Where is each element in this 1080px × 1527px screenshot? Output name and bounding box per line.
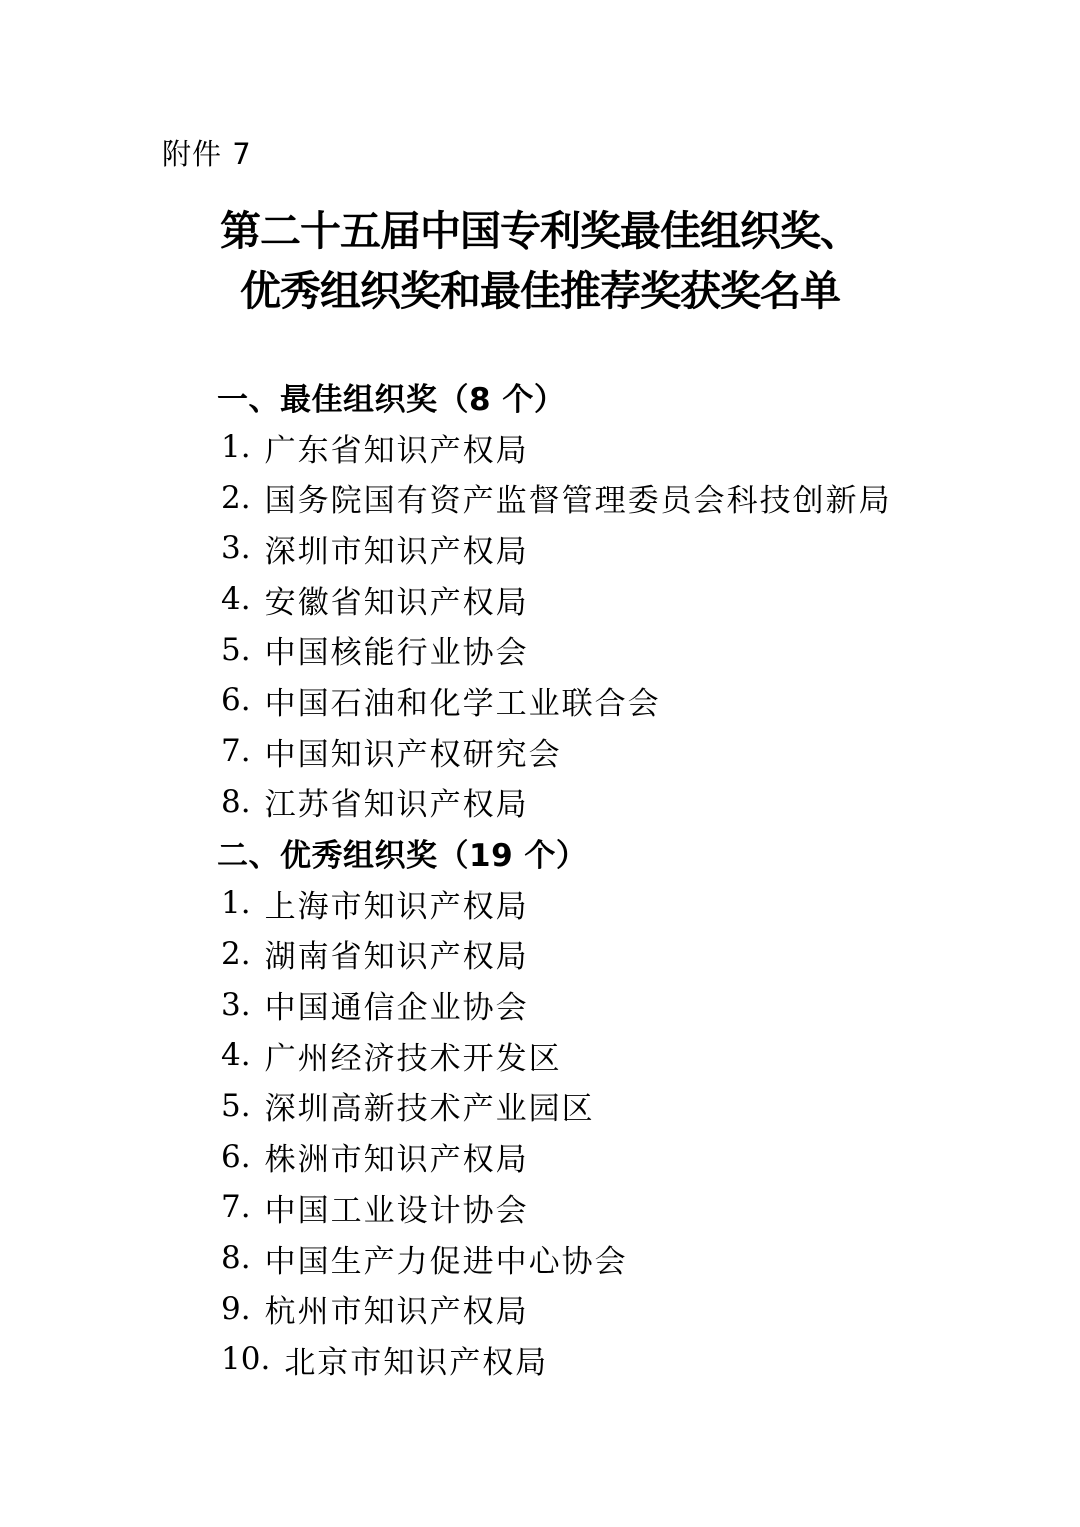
list-item-text: 中国核能行业协会: [265, 627, 529, 672]
list-item-text: 深圳高新技术产业园区: [265, 1083, 595, 1128]
list-item-number: 3.: [221, 987, 251, 1023]
list-item: 1. 广东省知识产权局: [217, 422, 937, 473]
list-item-text: 杭州市知识产权局: [265, 1286, 529, 1331]
section-heading-best-organization: 一、最佳组织奖（8 个）: [217, 371, 937, 422]
list-item-text: 湖南省知识产权局: [265, 931, 529, 976]
list-item: 9. 杭州市知识产权局: [217, 1283, 937, 1334]
list-item-number: 8.: [221, 784, 251, 820]
list-item-text: 中国知识产权研究会: [265, 729, 562, 774]
list-item-text: 国务院国有资产监督管理委员会科技创新局: [265, 475, 892, 520]
document-title-line-1: 第二十五届中国专利奖最佳组织奖、: [0, 201, 1080, 261]
list-item-text: 深圳市知识产权局: [265, 526, 529, 571]
list-item-number: 10.: [221, 1341, 270, 1377]
list-item-text: 上海市知识产权局: [265, 881, 529, 926]
list-item-number: 4.: [221, 581, 251, 617]
list-item: 2. 湖南省知识产权局: [217, 929, 937, 980]
list-item-number: 6.: [221, 1139, 251, 1175]
list-item: 7. 中国知识产权研究会: [217, 726, 937, 777]
section-heading-excellent-organization: 二、优秀组织奖（19 个）: [217, 827, 937, 878]
list-item-number: 1.: [221, 429, 251, 465]
list-item: 4. 安徽省知识产权局: [217, 574, 937, 625]
list-item-text: 中国工业设计协会: [265, 1185, 529, 1230]
list-item: 3. 中国通信企业协会: [217, 979, 937, 1030]
list-item-number: 9.: [221, 1291, 251, 1327]
document-title-line-2: 优秀组织奖和最佳推荐奖获奖名单: [0, 261, 1080, 321]
list-item: 1. 上海市知识产权局: [217, 878, 937, 929]
attachment-label: 附件 7: [162, 139, 252, 171]
document-page: 附件 7 第二十五届中国专利奖最佳组织奖、 优秀组织奖和最佳推荐奖获奖名单 一、…: [0, 0, 1080, 1527]
list-item-number: 4.: [221, 1037, 251, 1073]
list-item-number: 1.: [221, 885, 251, 921]
list-item: 8. 中国生产力促进中心协会: [217, 1233, 937, 1284]
list-item-text: 江苏省知识产权局: [265, 779, 529, 824]
list-item-number: 7.: [221, 733, 251, 769]
list-item: 5. 中国核能行业协会: [217, 624, 937, 675]
list-item-number: 2.: [221, 936, 251, 972]
list-item-text: 广州经济技术开发区: [265, 1033, 562, 1078]
list-item: 8. 江苏省知识产权局: [217, 777, 937, 828]
list-item-number: 2.: [221, 480, 251, 516]
list-item: 6. 株洲市知识产权局: [217, 1131, 937, 1182]
document-title: 第二十五届中国专利奖最佳组织奖、 优秀组织奖和最佳推荐奖获奖名单: [0, 201, 1080, 321]
list-item: 5. 深圳高新技术产业园区: [217, 1081, 937, 1132]
list-item-number: 6.: [221, 682, 251, 718]
list-item-number: 3.: [221, 530, 251, 566]
list-item-number: 8.: [221, 1240, 251, 1276]
list-item: 2. 国务院国有资产监督管理委员会科技创新局: [217, 472, 937, 523]
list-item: 10. 北京市知识产权局: [217, 1334, 937, 1385]
list-item-text: 北京市知识产权局: [284, 1337, 548, 1382]
list-item-number: 5.: [221, 1088, 251, 1124]
list-item-number: 5.: [221, 632, 251, 668]
list-item-number: 7.: [221, 1189, 251, 1225]
list-item-text: 株洲市知识产权局: [265, 1134, 529, 1179]
list-item: 4. 广州经济技术开发区: [217, 1030, 937, 1081]
list-item-text: 中国石油和化学工业联合会: [265, 678, 661, 723]
list-item: 6. 中国石油和化学工业联合会: [217, 675, 937, 726]
document-body: 一、最佳组织奖（8 个） 1. 广东省知识产权局 2. 国务院国有资产监督管理委…: [217, 371, 937, 1385]
list-item: 3. 深圳市知识产权局: [217, 523, 937, 574]
list-item-text: 安徽省知识产权局: [265, 577, 529, 622]
list-item-text: 广东省知识产权局: [265, 425, 529, 470]
list-item: 7. 中国工业设计协会: [217, 1182, 937, 1233]
list-item-text: 中国通信企业协会: [265, 982, 529, 1027]
list-item-text: 中国生产力促进中心协会: [265, 1236, 628, 1281]
